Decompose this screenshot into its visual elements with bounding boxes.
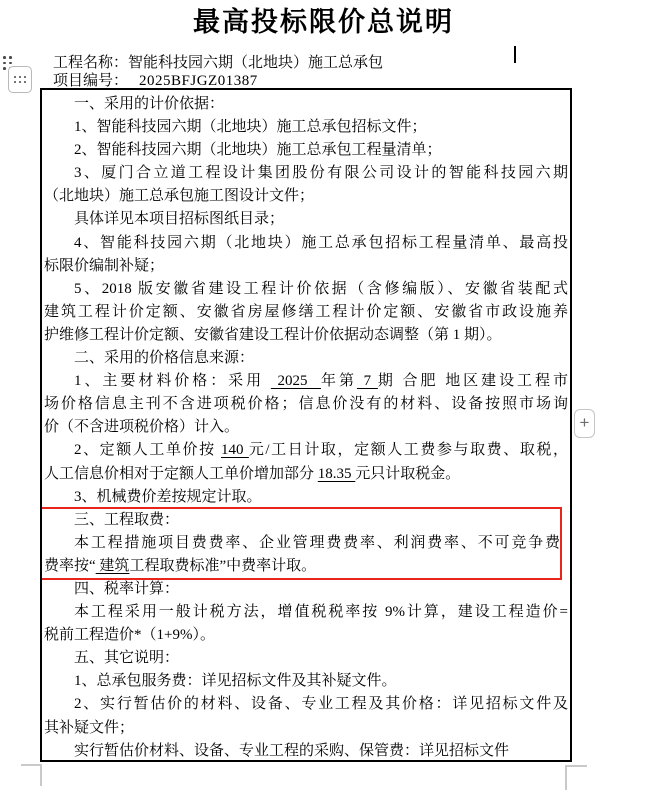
doc-line[interactable]: 3、机械费价差按规定计取。 [44,486,568,509]
add-block-button[interactable]: + [574,409,595,438]
doc-line[interactable]: 本工程采用一般计税方法，增值税税率按 9%计算，建设工程造价= [44,601,568,624]
text-run: 3、厦门合立道工程设计集团股份有限公司设计的智能科技园六期 [74,165,568,181]
underlined-text: 18.35 [318,466,356,482]
page-boundary-mark-right-v [565,765,567,790]
doc-line[interactable]: 2、定额人工单价按 140 元/工日计取，定额人工费参与取费、取税， [44,439,568,462]
text-run: 实行暂估价材料、设备、专业工程的采购、保管费：详见招标文件 [74,743,509,759]
doc-line[interactable]: 人工信息价相对于定额人工单价增加部分 18.35 元只计取税金。 [44,463,568,486]
doc-line[interactable]: 价（不含进项税价格）计入。 [44,416,568,439]
document-page: 最高投标限价总说明 工程名称：智能科技园六期（北地块）施工总承包 项目编号：20… [0,0,647,792]
doc-line[interactable]: 税前工程造价*（1+9%）。 [44,624,568,647]
doc-line[interactable]: 5、2018 版安徽省建设工程计价依据（含修编版）、安徽省装配式 [44,278,568,301]
underlined-text: 140 [221,442,249,458]
text-run: 其补疑文件； [44,720,134,736]
text-run: 护维修工程计价定额、安徽省建设工程计价依据动态调整（第 1 期）。 [44,327,502,343]
text-run: 1、总承包服务费：详见招标文件及其补疑文件。 [74,673,397,689]
text-run: 期 合肥 地区建设工程市 [378,373,568,389]
highlight-box: 三、工程取费：本工程措施项目费费率、企业管理费费率、利润费率、不可竞争费费率按“… [40,507,562,580]
text-run: 人工信息价相对于定额人工单价增加部分 [44,466,318,482]
text-run: 元只计取税金。 [355,466,460,482]
doc-line[interactable]: 二、采用的价格信息来源： [44,347,568,370]
page-boundary-mark-left-v [40,764,42,786]
text-run: 标限价编制补疑； [44,258,164,274]
doc-line[interactable]: 五、其它说明： [44,647,568,670]
doc-line[interactable]: 实行暂估价材料、设备、专业工程的采购、保管费：详见招标文件 [44,740,568,762]
doc-line[interactable]: 1、总承包服务费：详见招标文件及其补疑文件。 [44,670,568,693]
text-run: 1、智能科技园六期（北地块）施工总承包招标文件； [74,119,427,135]
doc-line[interactable]: 建筑工程计价定额、安徽省房屋修缮工程计价定额、安徽省市政设施养 [44,301,568,324]
doc-line[interactable]: 四、税率计算： [44,578,568,601]
text-run: 3、机械费价差按规定计取。 [74,489,262,505]
text-run: 年第 [321,373,357,389]
doc-line[interactable]: 3、厦门合立道工程设计集团股份有限公司设计的智能科技园六期 [44,162,568,185]
page-boundary-mark-left-h [21,764,42,766]
text-run: 2、智能科技园六期（北地块）施工总承包工程量清单； [74,142,442,158]
text-run: 5、2018 版安徽省建设工程计价依据（含修编版）、安徽省装配式 [74,281,568,297]
text-run: 4、智能科技园六期（北地块）施工总承包招标工程量清单、最高投 [74,235,568,251]
table-handle-dots-icon [14,76,26,83]
text-run: 税前工程造价*（1+9%）。 [44,627,215,643]
text-run: 本工程措施项目费费率、企业管理费费率、利润费率、不可竞争费 [74,535,560,551]
doc-line[interactable]: 2、实行暂估价的材料、设备、专业工程及其价格：详见招标文件及 [44,693,568,716]
doc-line[interactable]: 2、智能科技园六期（北地块）施工总承包工程量清单； [44,139,568,162]
document-table[interactable]: 一、采用的计价依据：1、智能科技园六期（北地块）施工总承包招标文件；2、智能科技… [40,88,572,762]
text-run: （北地块）施工总承包施工图设计文件； [44,188,314,204]
underlined-text: 2025 [271,373,321,389]
doc-line[interactable]: 1、智能科技园六期（北地块）施工总承包招标文件； [44,116,568,139]
doc-line[interactable]: 费率按“ 建筑工程取费标准”中费率计取。 [44,555,560,578]
text-run: 价（不含进项税价格）计入。 [44,419,239,435]
doc-line[interactable]: 本工程措施项目费费率、企业管理费费率、利润费率、不可竞争费 [44,532,560,555]
doc-line[interactable]: 三、工程取费： [44,509,560,532]
text-run: 2、实行暂估价的材料、设备、专业工程及其价格：详见招标文件及 [74,696,568,712]
text-run: 费率按“ [44,558,96,574]
text-run: 建筑工程计价定额、安徽省房屋修缮工程计价定额、安徽省市政设施养 [44,304,568,320]
project-number-label: 项目编号： [53,73,128,89]
underlined-text: 7 [357,373,378,389]
doc-line[interactable]: 一、采用的计价依据： [44,93,568,116]
text-run: 一、采用的计价依据： [74,96,224,112]
page-boundary-mark-right-h [565,765,587,767]
text-run: 元/工日计取，定额人工费参与取费、取税， [249,442,568,458]
doc-line[interactable]: （北地块）施工总承包施工图设计文件； [44,185,568,208]
text-run: 场价格信息主刊不含进项税价格；信息价没有的材料、设备按照市场询 [44,396,568,412]
doc-line[interactable]: 4、智能科技园六期（北地块）施工总承包招标工程量清单、最高投 [44,232,568,255]
text-caret [514,46,516,63]
text-run: 二、采用的价格信息来源： [74,350,254,366]
project-number-value: 2025BFJGZ01387 [139,73,258,89]
doc-line[interactable]: 具体详见本项目招标图纸目录； [44,208,568,231]
text-run: 工程取费标准”中费率计取。 [129,558,316,574]
text-run: 1、主要材料价格：采用 [74,373,271,389]
doc-line[interactable]: 其补疑文件； [44,717,568,740]
underlined-text: 建筑 [96,558,130,574]
doc-line[interactable]: 场价格信息主刊不含进项税价格；信息价没有的材料、设备按照市场询 [44,393,568,416]
table-handle-button[interactable] [8,66,32,93]
doc-line[interactable]: 标限价编制补疑； [44,255,568,278]
text-run: 四、税率计算： [74,581,179,597]
text-run: 2、定额人工单价按 [74,442,221,458]
text-run: 三、工程取费： [74,512,179,528]
text-run: 具体详见本项目招标图纸目录； [74,211,284,227]
text-run: 本工程采用一般计税方法，增值税税率按 9%计算，建设工程造价= [74,604,568,620]
doc-line[interactable]: 1、主要材料价格：采用 2025 年第 7 期 合肥 地区建设工程市 [44,370,568,393]
text-run: 五、其它说明： [74,650,179,666]
doc-line[interactable]: 护维修工程计价定额、安徽省建设工程计价依据动态调整（第 1 期）。 [44,324,568,347]
